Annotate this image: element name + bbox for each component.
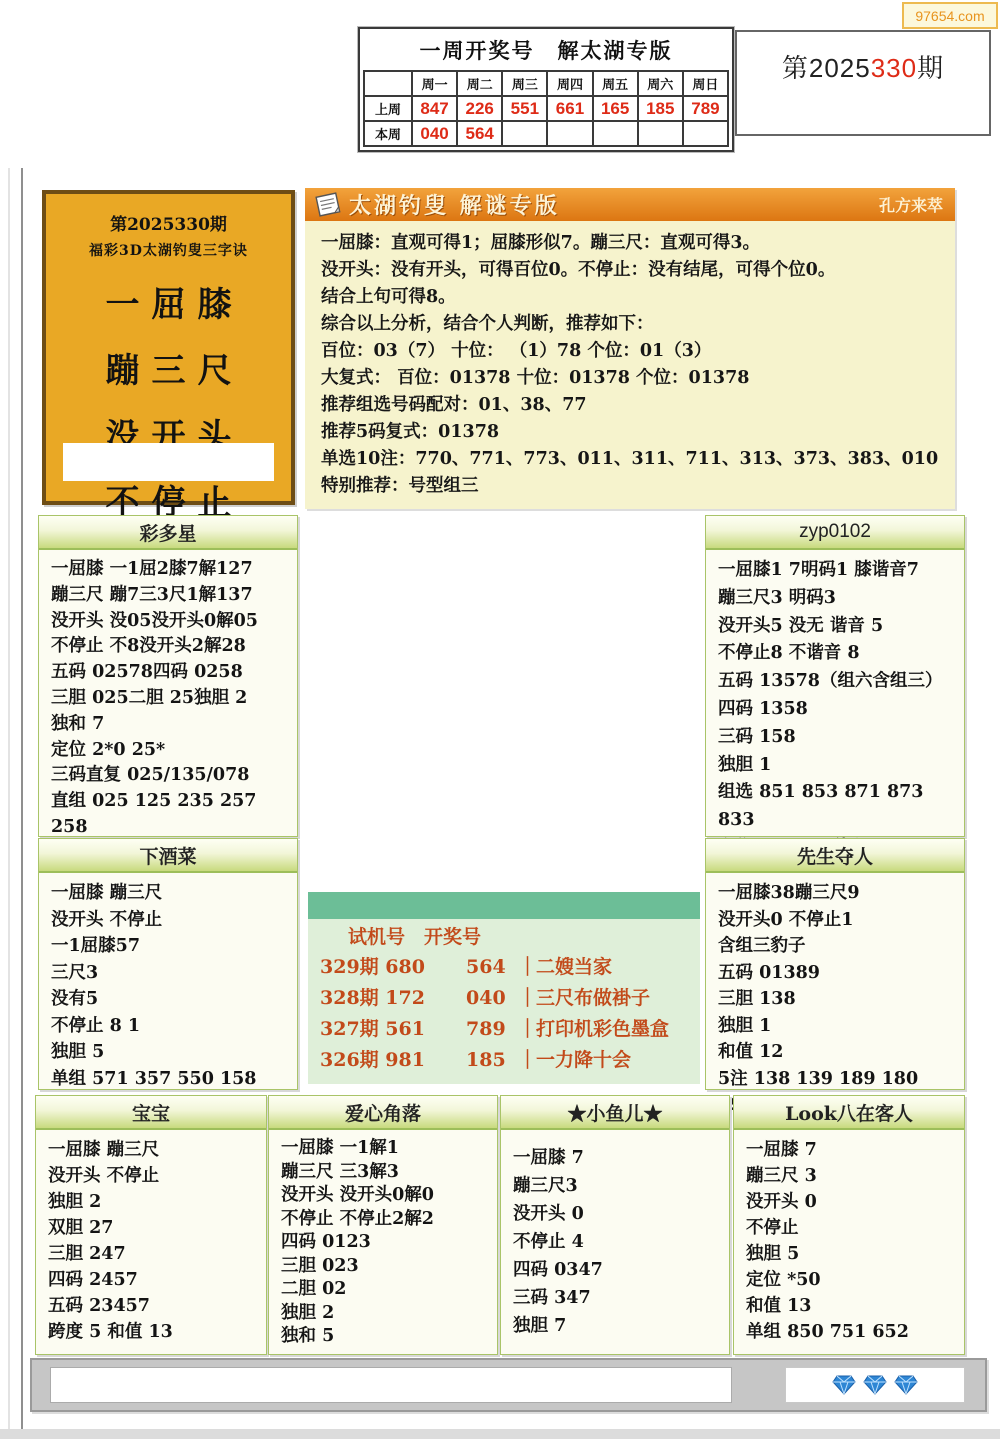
prediction-line: 没开头 没05没开头0解05 (51, 609, 285, 635)
section-aixin: 爱心角落 一屈膝 一1解1 蹦三尺 三3解3 没开头 没开头0解0 不停止 不停… (268, 1095, 498, 1355)
draw-number (638, 121, 683, 146)
draw-number (593, 121, 638, 146)
issue-prefix: 第2025 (782, 53, 871, 83)
draw-period: 326期 981 (320, 1045, 466, 1076)
prediction-line: 二胆 02 (281, 1278, 485, 1302)
gold-subtitle: 福彩3D太湖钓叟三字诀 (46, 240, 291, 260)
analysis-line: 没开头：没有开头，可得百位0。不停止：没有结尾，可得个位0。 (321, 257, 939, 284)
prediction-line: 独胆 5 (746, 1241, 952, 1267)
draw-number: 165 (593, 96, 638, 121)
prediction-line: 单组 850 751 652 (746, 1319, 952, 1345)
diamond-icon (894, 1375, 918, 1395)
section-title: ★小鱼儿★ (501, 1096, 729, 1130)
table-cell: 周四 (547, 71, 592, 96)
prediction-line: 没开头 不停止 (51, 907, 285, 934)
draw-number: 185 (638, 96, 683, 121)
prediction-line: 没有5 (51, 986, 285, 1013)
prediction-line: 没开头 不停止 (48, 1163, 254, 1189)
prediction-line: 一屈膝 7 (746, 1137, 952, 1163)
prediction-line: 五码 01389 (718, 960, 952, 987)
prediction-line: 三胆 138 (718, 986, 952, 1013)
draw-divider: ｜ (518, 983, 536, 1014)
draw-number: 226 (457, 96, 502, 121)
prediction-line: 三尺3 (51, 960, 285, 987)
analysis-line: 推荐5码复式：01378 (321, 419, 939, 446)
footer-input[interactable] (50, 1367, 732, 1403)
site-badge[interactable]: 97654.com (902, 2, 998, 29)
prediction-line: 四码 2457 (48, 1267, 254, 1293)
draw-number: 789 (466, 1014, 518, 1045)
riddle-gold-panel: 第2025330期 福彩3D太湖钓叟三字诀 一屈膝 蹦三尺 没开头 不停止 (42, 190, 295, 505)
prediction-line: 独胆 1 (718, 752, 952, 780)
left-frame-line-outer (8, 168, 10, 1430)
draw-history-row: 326期 981 185 ｜ 一力降十会 (320, 1045, 700, 1076)
prediction-line: 蹦三尺 3 (746, 1163, 952, 1189)
section-zyp0102: zyp0102 一屈膝1 7明码1 膝谐音7 蹦三尺3 明码3 没开头5 没无 … (705, 515, 965, 837)
draw-period: 327期 561 (320, 1014, 466, 1045)
draw-number: 185 (466, 1045, 518, 1076)
section-body: 一屈膝 一1屈2膝7解127 蹦三尺 蹦7三3尺1解137 没开头 没05没开头… (39, 550, 297, 874)
draw-history-header: 试机号 开奖号 (348, 922, 700, 952)
prediction-line: 不停止 不停止2解2 (281, 1208, 485, 1232)
draw-number (547, 121, 592, 146)
footer-bar (30, 1358, 987, 1412)
table-cell: 周日 (683, 71, 728, 96)
analysis-line: 综合以上分析，结合个人判断，推荐如下： (321, 311, 939, 338)
analysis-line: 百位：03（7） 十位： （1）78 个位：01（3） (321, 338, 939, 365)
table-cell: 周五 (593, 71, 638, 96)
analysis-header: 太湖钓叟 解谜专版 孔方来萃 (305, 188, 955, 221)
prediction-line: 不停止 不8没开头2解28 (51, 634, 285, 660)
prediction-line: 一屈膝 蹦三尺 (51, 880, 285, 907)
panel-title-right: 孔方来萃 (879, 193, 943, 216)
table-cell: 周六 (638, 71, 683, 96)
section-title: zyp0102 (706, 516, 964, 550)
table-row: 本周 040 564 (364, 121, 728, 146)
draw-phrase: 打印机彩色墨盒 (536, 1014, 669, 1045)
prediction-line: 一屈膝 一1屈2膝7解127 (51, 557, 285, 583)
diamond-icon (863, 1375, 887, 1395)
draw-period: 328期 172 (320, 983, 466, 1014)
draw-period: 329期 680 (320, 952, 466, 983)
prediction-line: 定位 *50 (746, 1267, 952, 1293)
section-title: 先生夺人 (706, 839, 964, 873)
prediction-line: 和值 13 (746, 1293, 952, 1319)
prediction-line: 五码 23457 (48, 1293, 254, 1319)
blank-box (63, 443, 274, 481)
row-label: 本周 (364, 121, 412, 146)
section-xiaoyuer: ★小鱼儿★ 一屈膝 7 蹦三尺3 没开头 0 不停止 4 四码 0347 三码 … (500, 1095, 730, 1355)
analysis-panel: 太湖钓叟 解谜专版 孔方来萃 一屈膝：直观可得1；屈膝形似7。蹦三尺：直观可得3… (305, 188, 955, 509)
analysis-line: 特别推荐：号型组三 (321, 473, 939, 500)
draw-number: 564 (466, 952, 518, 983)
section-title: Look八在客人 (734, 1096, 964, 1130)
memo-icon (313, 192, 343, 218)
prediction-line: 组选 851 853 871 873 833 (718, 779, 952, 835)
table-cell: 周二 (457, 71, 502, 96)
section-body: 一屈膝 一1解1 蹦三尺 三3解3 没开头 没开头0解0 不停止 不停止2解2 … (269, 1130, 497, 1356)
prediction-line: 三胆 023 (281, 1255, 485, 1279)
section-body: 一屈膝1 7明码1 膝谐音7 蹦三尺3 明码3 没开头5 没无 谐音 5 不停止… (706, 550, 964, 870)
prediction-line: 不停止 (746, 1215, 952, 1241)
draw-phrase: 二嫂当家 (536, 952, 612, 983)
analysis-line: 单选10注：770、771、773、011、311、711、313、373、38… (321, 446, 939, 473)
prediction-line: 独胆 7 (513, 1312, 717, 1340)
draw-history-panel: 试机号 开奖号 329期 680 564 ｜ 二嫂当家 328期 172 040… (308, 892, 700, 1084)
section-body: 一屈膝 蹦三尺 没开头 不停止 独胆 2 双胆 27 三胆 247 四码 245… (36, 1130, 266, 1352)
draw-number: 040 (412, 121, 457, 146)
table-cell: 周三 (502, 71, 547, 96)
prediction-line: 四码 1358 (718, 696, 952, 724)
week-table-title: 一周开奖号 解太湖专版 (363, 31, 729, 70)
section-caiduoxing: 彩多星 一屈膝 一1屈2膝7解127 蹦三尺 蹦7三3尺1解137 没开头 没0… (38, 515, 298, 837)
analysis-body: 一屈膝：直观可得1；屈膝形似7。蹦三尺：直观可得3。 没开头：没有开头，可得百位… (305, 221, 955, 509)
issue-highlight: 330 (871, 53, 917, 83)
prediction-line: 不停止 8 1 (51, 1013, 285, 1040)
draw-divider: ｜ (518, 1014, 536, 1045)
row-label: 上周 (364, 96, 412, 121)
section-title: 彩多星 (39, 516, 297, 550)
prediction-line: 三码直复 025/135/078 (51, 763, 285, 789)
section-title: 宝宝 (36, 1096, 266, 1130)
prediction-line: 独胆 5 (51, 1039, 285, 1066)
prediction-line: 独胆 1 (718, 1013, 952, 1040)
prediction-line: 一1屈膝57 (51, 933, 285, 960)
prediction-line: 没开头0 不停止1 (718, 907, 952, 934)
prediction-line: 三胆 247 (48, 1241, 254, 1267)
issue-suffix: 期 (917, 53, 944, 83)
prediction-line: 四码 0347 (513, 1256, 717, 1284)
section-xiansheng: 先生夺人 一屈膝38蹦三尺9 没开头0 不停止1 含组三豹子 五码 01389 … (705, 838, 965, 1090)
section-body: 一屈膝38蹦三尺9 没开头0 不停止1 含组三豹子 五码 01389 三胆 13… (706, 873, 964, 1126)
prediction-line: 蹦三尺3 明码3 (718, 585, 952, 613)
prediction-line: 一屈膝1 7明码1 膝谐音7 (718, 557, 952, 585)
issue-number-panel: 第2025330期 (735, 30, 991, 136)
draw-phrase: 一力降十会 (536, 1045, 631, 1076)
table-row: 周一 周二 周三 周四 周五 周六 周日 (364, 71, 728, 96)
prediction-line: 蹦三尺3 (513, 1172, 717, 1200)
prediction-line: 一屈膝 7 (513, 1144, 717, 1172)
prediction-line: 没开头 0 (746, 1189, 952, 1215)
prediction-line: 独和 5 (281, 1325, 485, 1349)
prediction-line: 含组三豹子 (718, 933, 952, 960)
analysis-line: 结合上句可得8。 (321, 284, 939, 311)
draw-number (502, 121, 547, 146)
prediction-line: 一屈膝 蹦三尺 (48, 1137, 254, 1163)
draw-number (683, 121, 728, 146)
section-title: 爱心角落 (269, 1096, 497, 1130)
prediction-line: 一屈膝38蹦三尺9 (718, 880, 952, 907)
issue-number: 第2025330期 (737, 48, 989, 85)
section-body: 一屈膝 7 蹦三尺3 没开头 0 不停止 4 四码 0347 三码 347 独胆… (501, 1130, 729, 1347)
draw-history-row: 329期 680 564 ｜ 二嫂当家 (320, 952, 700, 983)
riddle-line: 蹦三尺 (46, 343, 291, 392)
section-xiajiucai: 下酒菜 一屈膝 蹦三尺 没开头 不停止 一1屈膝57 三尺3 没有5 不停止 8… (38, 838, 298, 1090)
prediction-line: 不停止 4 (513, 1228, 717, 1256)
prediction-line: 四码 0123 (281, 1231, 485, 1255)
table-cell (364, 71, 412, 96)
section-baobao: 宝宝 一屈膝 蹦三尺 没开头 不停止 独胆 2 双胆 27 三胆 247 四码 … (35, 1095, 267, 1355)
prediction-line: 没开头 没开头0解0 (281, 1184, 485, 1208)
prediction-line: 独胆 2 (48, 1189, 254, 1215)
prediction-line: 没开头5 没无 谐音 5 (718, 613, 952, 641)
draw-history-row: 328期 172 040 ｜ 三尺布做褂子 (320, 983, 700, 1014)
analysis-line: 推荐组选号码配对：01、38、77 (321, 392, 939, 419)
prediction-line: 独和 7 (51, 712, 285, 738)
prediction-line: 独胆 2 (281, 1302, 485, 1326)
section-body: 一屈膝 蹦三尺 没开头 不停止 一1屈膝57 三尺3 没有5 不停止 8 1 独… (39, 873, 297, 1126)
draw-number: 040 (466, 983, 518, 1014)
draw-history-band (308, 892, 700, 919)
panel-title: 太湖钓叟 解谜专版 (349, 189, 560, 220)
prediction-line: 三胆 025二胆 25独胆 2 (51, 686, 285, 712)
prediction-line: 直组 025 125 235 257 258 (51, 789, 285, 841)
table-cell: 周一 (412, 71, 457, 96)
analysis-line: 大复式： 百位：01378 十位：01378 个位：01378 (321, 365, 939, 392)
draw-phrase: 三尺布做褂子 (536, 983, 650, 1014)
week-numbers-panel: 一周开奖号 解太湖专版 周一 周二 周三 周四 周五 周六 周日 上周 847 … (358, 27, 734, 152)
draw-number: 847 (412, 96, 457, 121)
riddle-line: 一屈膝 (46, 277, 291, 326)
prediction-line: 定位 2*0 25* (51, 738, 285, 764)
analysis-line: 一屈膝：直观可得1；屈膝形似7。蹦三尺：直观可得3。 (321, 230, 939, 257)
prediction-line: 一屈膝 一1解1 (281, 1137, 485, 1161)
bottom-strip (0, 1429, 1000, 1439)
prediction-line: 跨度 5 和值 13 (48, 1319, 254, 1345)
diamond-icon (832, 1375, 856, 1395)
section-body: 一屈膝 7 蹦三尺 3 没开头 0 不停止 独胆 5 定位 *50 和值 13 … (734, 1130, 964, 1352)
draw-number: 551 (502, 96, 547, 121)
prediction-line: 三码 158 (718, 724, 952, 752)
prediction-line: 不停止8 不谐音 8 (718, 640, 952, 668)
left-frame-line-inner (21, 168, 23, 1430)
draw-history-body: 试机号 开奖号 329期 680 564 ｜ 二嫂当家 328期 172 040… (308, 919, 700, 1076)
prediction-line: 没开头 0 (513, 1200, 717, 1228)
table-row: 上周 847 226 551 661 165 185 789 (364, 96, 728, 121)
draw-divider: ｜ (518, 1045, 536, 1076)
prediction-line: 五码 02578四码 0258 (51, 660, 285, 686)
prediction-line: 蹦三尺 蹦7三3尺1解137 (51, 583, 285, 609)
prediction-line: 三码 347 (513, 1284, 717, 1312)
draw-number: 789 (683, 96, 728, 121)
footer-diamonds-box (785, 1367, 965, 1403)
gold-issue: 第2025330期 (46, 210, 291, 235)
draw-number: 661 (547, 96, 592, 121)
draw-divider: ｜ (518, 952, 536, 983)
week-table: 周一 周二 周三 周四 周五 周六 周日 上周 847 226 551 661 … (363, 70, 729, 147)
prediction-line: 和值 12 (718, 1039, 952, 1066)
prediction-line: 蹦三尺 三3解3 (281, 1161, 485, 1185)
draw-number: 564 (457, 121, 502, 146)
section-look: Look八在客人 一屈膝 7 蹦三尺 3 没开头 0 不停止 独胆 5 定位 *… (733, 1095, 965, 1355)
draw-history-row: 327期 561 789 ｜ 打印机彩色墨盒 (320, 1014, 700, 1045)
prediction-line: 五码 13578（组六含组三） (718, 668, 952, 696)
prediction-line: 双胆 27 (48, 1215, 254, 1241)
section-title: 下酒菜 (39, 839, 297, 873)
